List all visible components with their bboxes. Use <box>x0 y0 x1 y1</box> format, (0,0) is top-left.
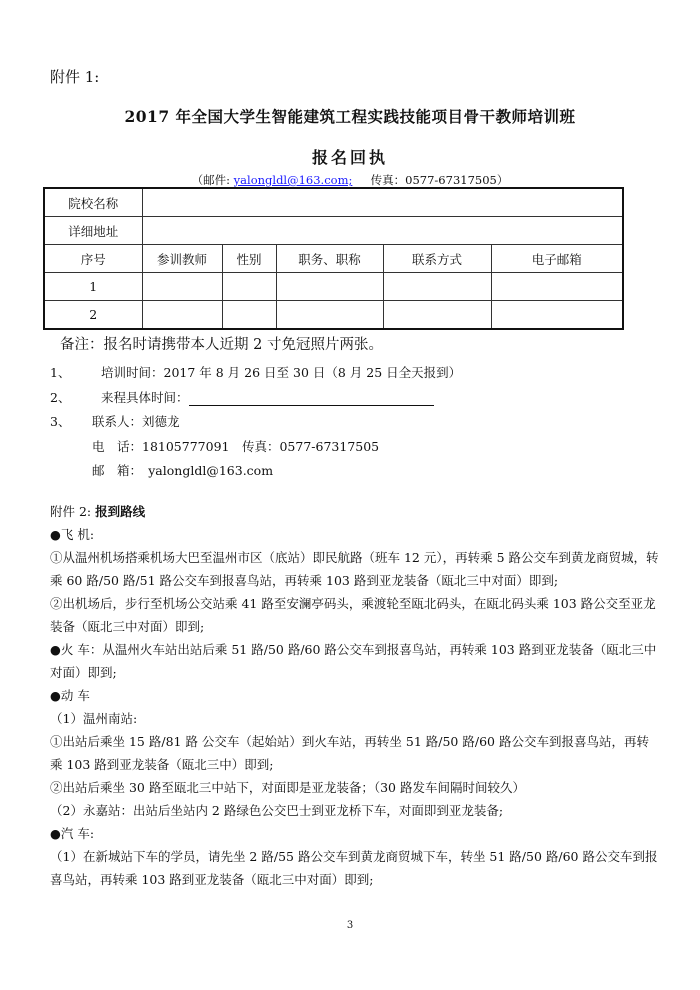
route-line: （2）永嘉站：出站后坐站内 2 路绿色公交巴士到亚龙桥下车，对面即到亚龙装备; <box>50 799 660 822</box>
contact-fax: 传真：0577-67317505） <box>371 173 509 187</box>
email-link[interactable]: yalongldl@163.com; <box>234 173 353 187</box>
route-line: ●火 车：从温州火车站出站后乘 51 路/50 路/60 路公交车到报喜鸟站，再… <box>50 638 660 684</box>
address-input[interactable] <box>142 217 623 245</box>
page-number: 3 <box>0 920 700 931</box>
route-line: ①出站后乘坐 15 路/81 路 公交车（起始站）到火车站，再转坐 51 路/5… <box>50 730 660 776</box>
item-contact-person: 联系人：刘德龙 <box>92 412 180 430</box>
document-title: 2017 年全国大学生智能建筑工程实践技能项目骨干教师培训班 <box>0 105 700 127</box>
attachment2-heading: 附件 2: 报到路线 <box>50 500 660 523</box>
header-cell: 职务、职称 <box>276 245 383 273</box>
table-row: 2 <box>44 301 623 330</box>
cell-input[interactable] <box>276 301 383 330</box>
note: 备注：报名时请携带本人近期 2 寸免冠照片两张。 <box>60 333 383 354</box>
cell-input[interactable] <box>142 273 222 301</box>
header-cell: 性别 <box>222 245 276 273</box>
route-line: ●汽 车: <box>50 822 660 845</box>
school-label: 院校名称 <box>44 188 142 217</box>
table-row: 1 <box>44 273 623 301</box>
header-cell: 联系方式 <box>383 245 491 273</box>
cell-input[interactable] <box>491 273 623 301</box>
header-cell: 序号 <box>44 245 142 273</box>
contact-mail: 邮 箱： yalongldl@163.com <box>92 461 273 479</box>
cell-input[interactable] <box>383 273 491 301</box>
cell-input[interactable] <box>222 273 276 301</box>
cell-input[interactable] <box>491 301 623 330</box>
document-subtitle: 报名回执 <box>0 145 700 168</box>
route-line: ●动 车 <box>50 684 660 707</box>
row-number: 1 <box>44 273 142 301</box>
cell-input[interactable] <box>222 301 276 330</box>
route-section: 附件 2: 报到路线 ●飞 机: ①从温州机场搭乘机场大巴至温州市区（底站）即民… <box>50 500 660 891</box>
header-cell: 电子邮箱 <box>491 245 623 273</box>
route-line: ●飞 机: <box>50 523 660 546</box>
item-arrival-label: 来程具体时间： <box>101 390 189 405</box>
contact-line: （邮件: yalongldl@163.com; 传真：0577-67317505… <box>0 172 700 188</box>
contact-phone: 电 话：18105777091 传真：0577-67317505 <box>92 437 379 455</box>
address-row: 详细地址 <box>44 217 623 245</box>
route-line: （1）在新城站下车的学员，请先坐 2 路/55 路公交车到黄龙商贸城下车，转坐 … <box>50 845 660 891</box>
address-label: 详细地址 <box>44 217 142 245</box>
cell-input[interactable] <box>142 301 222 330</box>
route-line: ①从温州机场搭乘机场大巴至温州市区（底站）即民航路（班车 12 元），再转乘 5… <box>50 546 660 592</box>
cell-input[interactable] <box>276 273 383 301</box>
contact-prefix: （邮件: <box>192 173 230 187</box>
item-num: 2、 <box>50 388 70 406</box>
route-line: ②出站后乘坐 30 路至瓯北三中站下，对面即是亚龙装备；（30 路发车间隔时间较… <box>50 776 660 799</box>
item-training-time: 培训时间：2017 年 8 月 26 日至 30 日（8 月 25 日全天报到） <box>101 363 461 381</box>
header-row: 序号 参训教师 性别 职务、职称 联系方式 电子邮箱 <box>44 245 623 273</box>
school-row: 院校名称 <box>44 188 623 217</box>
arrival-time-blank[interactable] <box>189 391 434 406</box>
registration-form-table: 院校名称 详细地址 序号 参训教师 性别 职务、职称 联系方式 电子邮箱 1 2 <box>43 187 624 330</box>
route-heading: 报到路线 <box>95 504 145 519</box>
header-cell: 参训教师 <box>142 245 222 273</box>
item-num: 3、 <box>50 412 70 430</box>
item-num: 1、 <box>50 363 70 381</box>
school-input[interactable] <box>142 188 623 217</box>
route-line: ②出机场后，步行至机场公交站乘 41 路至安澜亭码头，乘渡轮至瓯北码头，在瓯北码… <box>50 592 660 638</box>
cell-input[interactable] <box>383 301 491 330</box>
route-line: （1）温州南站: <box>50 707 660 730</box>
attachment1-label: 附件 1: <box>50 66 99 87</box>
item-arrival-time-row: 来程具体时间： <box>101 388 434 406</box>
row-number: 2 <box>44 301 142 330</box>
